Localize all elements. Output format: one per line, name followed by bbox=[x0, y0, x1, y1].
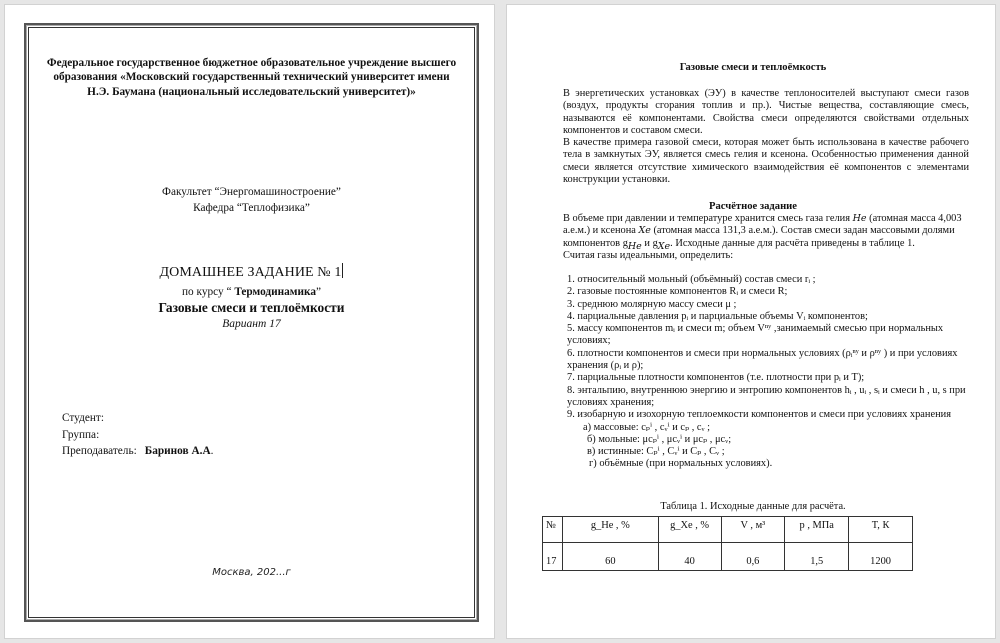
header-temperature: T, К bbox=[849, 517, 913, 543]
course-name: Термодинамика bbox=[234, 286, 316, 298]
task-text: В объеме при давлении и температуре хран… bbox=[563, 213, 969, 262]
helium-symbol: He bbox=[853, 213, 867, 224]
list-item: 2. газовые постоянные компонентов Rᵢ и с… bbox=[563, 286, 973, 298]
list-item: 3. среднюю молярную массу смеси μ ; bbox=[563, 299, 973, 311]
list-item: 7. парциальные плотности компонентов (т.… bbox=[563, 372, 973, 384]
intro-text: В энергетических установках (ЭУ) в качес… bbox=[563, 88, 969, 186]
header-number: № bbox=[543, 517, 563, 543]
department-name: Кафедра “Теплофизика” bbox=[45, 201, 458, 217]
student-label: Студент: bbox=[62, 410, 213, 427]
table-caption: Таблица 1. Исходные данные для расчёта. bbox=[551, 501, 955, 513]
course-prefix: по курсу “ bbox=[182, 286, 234, 298]
text-cursor bbox=[342, 263, 343, 278]
cell-temperature: 1200 bbox=[849, 543, 913, 571]
course-suffix: ” bbox=[316, 286, 321, 298]
list-item: 4. парциальные давления pᵢ и парциальные… bbox=[563, 311, 973, 323]
teacher-line: Преподаватель:Баринов А.А. bbox=[62, 443, 213, 460]
intro-paragraph-1: В энергетических установках (ЭУ) в качес… bbox=[563, 88, 969, 137]
list-item: 8. энтальпию, внутреннюю энергию и энтро… bbox=[563, 385, 973, 410]
assignment-title[interactable]: ДОМАШНЕЕ ЗАДАНИЕ № 1 bbox=[45, 263, 458, 281]
xenon-symbol: Xe bbox=[638, 225, 650, 236]
people-block: Студент: Группа: Преподаватель:Баринов А… bbox=[62, 410, 213, 460]
intro-paragraph-2: В качестве примера газовой смеси, котора… bbox=[563, 137, 969, 186]
header-g-xe: g_Xe , % bbox=[658, 517, 721, 543]
faculty-block: Факультет “Энергомашиностроение” Кафедра… bbox=[45, 185, 458, 216]
cell-number: 17 bbox=[543, 543, 563, 571]
sub-list-item: б) мольные: μcₚⁱ , μcᵥⁱ и μcₚ , μcᵥ; bbox=[563, 434, 973, 446]
list-item: 5. массу компонентов mᵢ и смеси m; объем… bbox=[563, 323, 973, 348]
sub-list-item: а) массовые: cₚⁱ , cᵥⁱ и cₚ , cᵥ ; bbox=[563, 422, 973, 434]
cell-volume: 0,6 bbox=[721, 543, 785, 571]
cell-g-xe: 40 bbox=[658, 543, 721, 571]
teacher-suffix: . bbox=[211, 445, 214, 457]
city-year: Москва, 202...г bbox=[45, 567, 458, 578]
input-data-table: № g_He , % g_Xe , % V , м³ p , МПа T, К … bbox=[542, 516, 913, 571]
variant-label: Вариант 17 bbox=[45, 318, 458, 330]
institution-name: Федеральное государственное бюджетное об… bbox=[45, 56, 458, 99]
title-page: Федеральное государственное бюджетное об… bbox=[4, 4, 495, 639]
sub-list-item: г) объёмные (при нормальных условиях). bbox=[563, 458, 973, 470]
header-pressure: p , МПа bbox=[785, 517, 849, 543]
teacher-label: Преподаватель: bbox=[62, 443, 137, 460]
faculty-name: Факультет “Энергомашиностроение” bbox=[45, 185, 458, 201]
content-page: Газовые смеси и теплоёмкость В энергетич… bbox=[506, 4, 996, 639]
teacher-name: Баринов А.А bbox=[145, 445, 211, 457]
topic-title: Газовые смеси и теплоёмкости bbox=[45, 300, 458, 316]
cell-pressure: 1,5 bbox=[785, 543, 849, 571]
list-item: 9. изобарную и изохорную теплоемкости ко… bbox=[563, 409, 973, 421]
course-line: по курсу “ Термодинамика” bbox=[45, 286, 458, 298]
header-volume: V , м³ bbox=[721, 517, 785, 543]
group-label: Группа: bbox=[62, 427, 213, 444]
table-row: 17 60 40 0,6 1,5 1200 bbox=[543, 543, 913, 571]
sub-list-item: в) истинные: Cₚⁱ , Cᵥⁱ и Cₚ , Cᵥ ; bbox=[563, 446, 973, 458]
section-title: Газовые смеси и теплоёмкость bbox=[551, 62, 955, 74]
task-instruction: Считая газы идеальными, определить: bbox=[563, 250, 969, 262]
table-header-row: № g_He , % g_Xe , % V , м³ p , МПа T, К bbox=[543, 517, 913, 543]
cell-g-he: 60 bbox=[562, 543, 658, 571]
list-item: 6. плотности компонентов и смеси при нор… bbox=[563, 348, 973, 373]
list-item: 1. относительный мольный (объёмный) сост… bbox=[563, 274, 973, 286]
header-g-he: g_He , % bbox=[562, 517, 658, 543]
assignment-title-text: ДОМАШНЕЕ ЗАДАНИЕ № 1 bbox=[160, 265, 342, 280]
task-title: Расчётное задание bbox=[551, 201, 955, 213]
task-paragraph: В объеме при давлении и температуре хран… bbox=[563, 213, 969, 250]
task-list: 1. относительный мольный (объёмный) сост… bbox=[563, 274, 973, 471]
